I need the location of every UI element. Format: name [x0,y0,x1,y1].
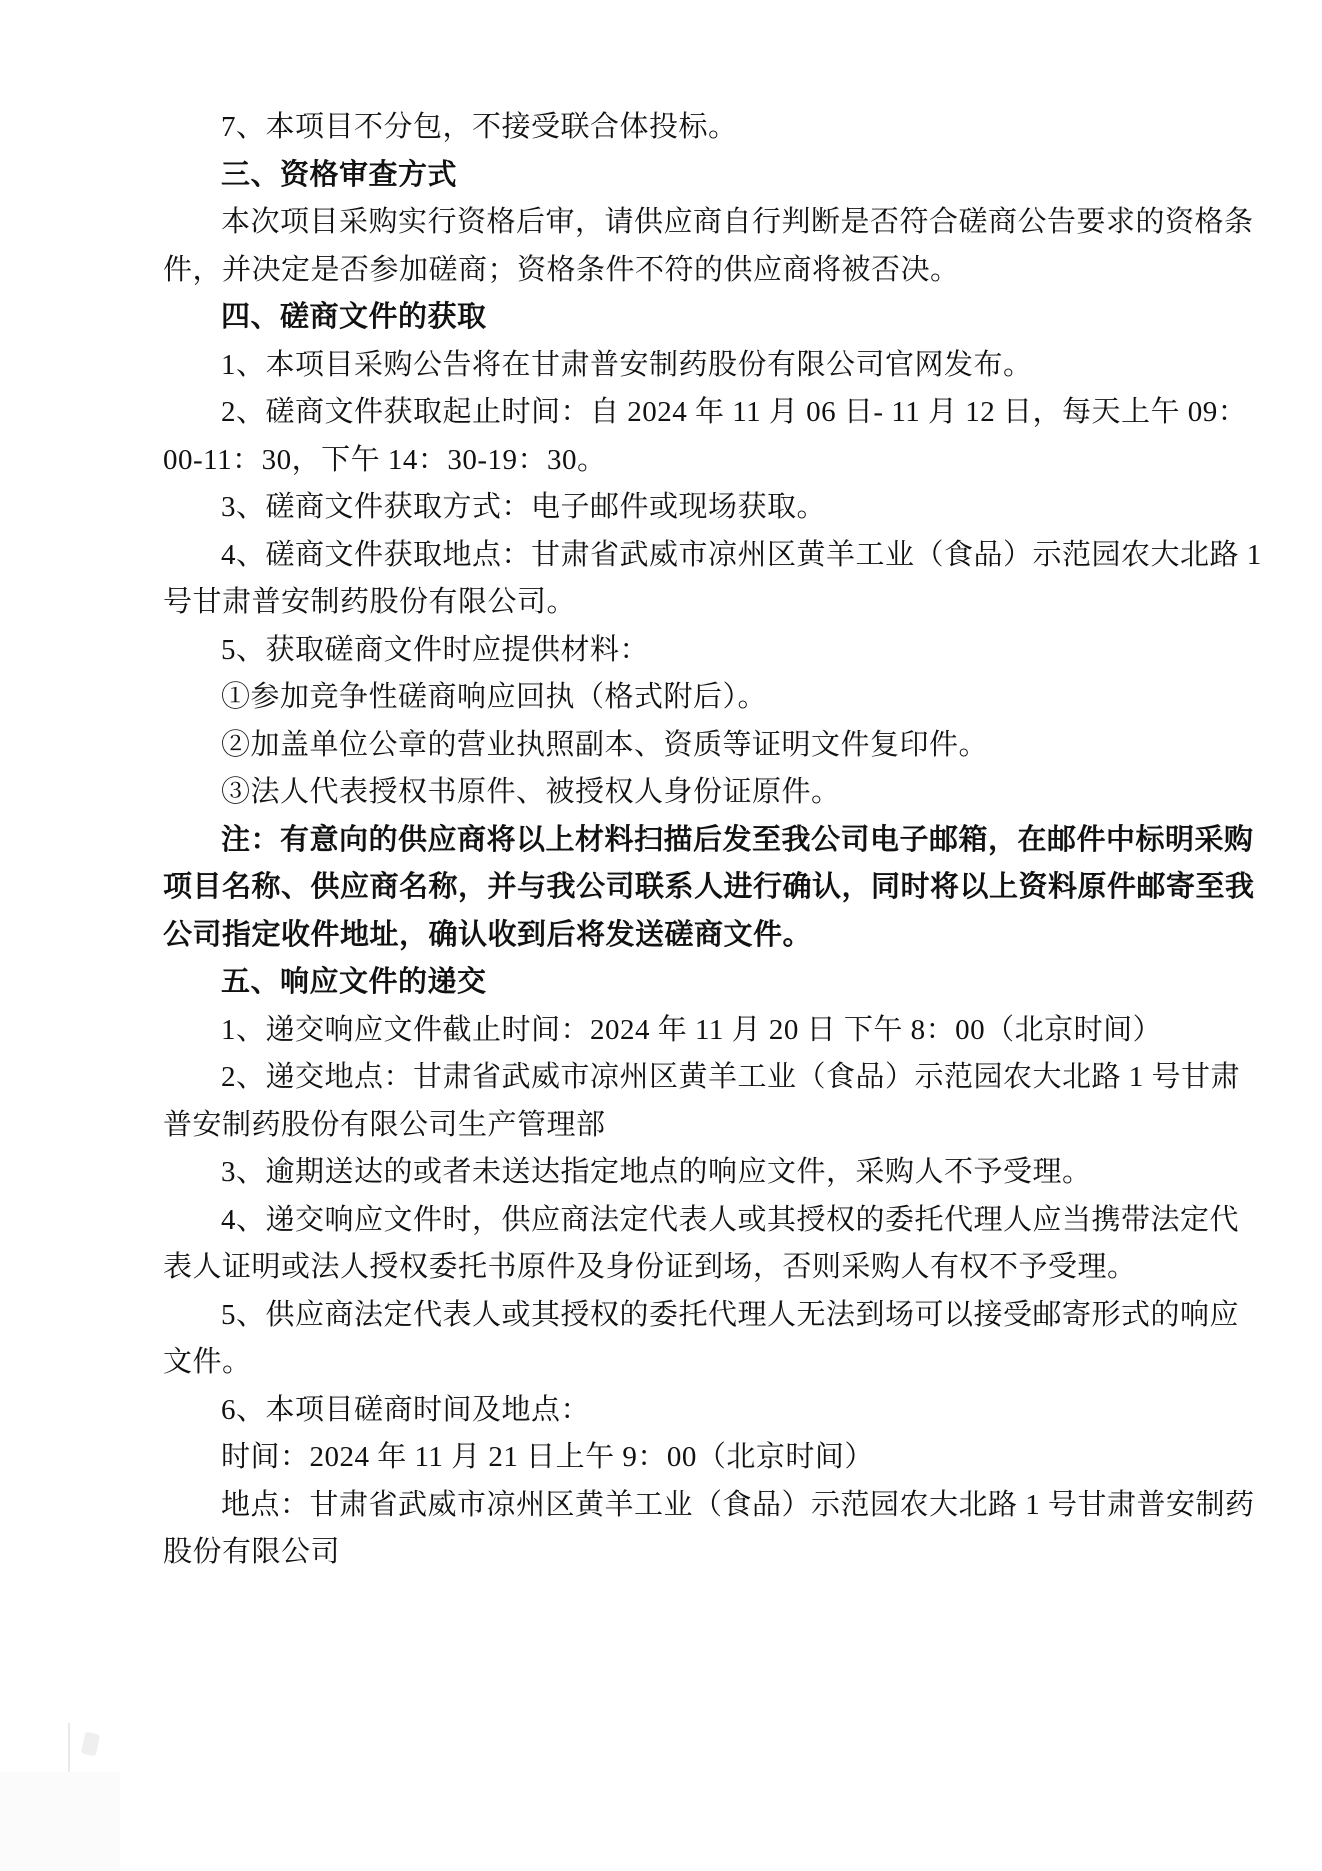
text-line: ①参加竞争性磋商响应回执（格式附后）。 [163,674,1273,722]
text-line: ③法人代表授权书原件、被授权人身份证原件。 [163,769,1273,817]
text-line: 件，并决定是否参加磋商；资格条件不符的供应商将被否决。 [163,247,1273,295]
text-line: 1、递交响应文件截止时间：2024 年 11 月 20 日 下午 8：00（北京… [163,1007,1273,1055]
scan-line-mark [68,1723,70,1773]
text-line: 号甘肃普安制药股份有限公司。 [163,579,1273,627]
text-line: 表人证明或法人授权委托书原件及身份证到场，否则采购人有权不予受理。 [163,1244,1273,1292]
document-page: 7、本项目不分包，不接受联合体投标。三、资格审查方式本次项目采购实行资格后审，请… [0,0,1322,1871]
text-line: 2、磋商文件获取起止时间：自 2024 年 11 月 06 日- 11 月 12… [163,389,1273,437]
text-line: 4、递交响应文件时，供应商法定代表人或其授权的委托代理人应当携带法定代 [163,1197,1273,1245]
text-line: 5、供应商法定代表人或其授权的委托代理人无法到场可以接受邮寄形式的响应 [163,1292,1273,1340]
text-line: 3、磋商文件获取方式：电子邮件或现场获取。 [163,484,1273,532]
text-line: 本次项目采购实行资格后审，请供应商自行判断是否符合磋商公告要求的资格条 [163,199,1273,247]
text-line: 时间：2024 年 11 月 21 日上午 9：00（北京时间） [163,1434,1273,1482]
text-line: 三、资格审查方式 [163,152,1273,200]
text-line: 6、本项目磋商时间及地点： [163,1387,1273,1435]
text-line: 地点：甘肃省武威市凉州区黄羊工业（食品）示范园农大北路 1 号甘肃普安制药 [163,1482,1273,1530]
text-line: 1、本项目采购公告将在甘肃普安制药股份有限公司官网发布。 [163,342,1273,390]
text-line: 四、磋商文件的获取 [163,294,1273,342]
text-line: 普安制药股份有限公司生产管理部 [163,1102,1273,1150]
text-line: 公司指定收件地址，确认收到后将发送磋商文件。 [163,912,1273,960]
text-line: 股份有限公司 [163,1529,1273,1577]
page-content: 7、本项目不分包，不接受联合体投标。三、资格审查方式本次项目采购实行资格后审，请… [163,104,1273,1577]
text-line: 3、逾期送达的或者未送达指定地点的响应文件，采购人不予受理。 [163,1149,1273,1197]
scan-artifact [0,1718,120,1871]
text-line: 项目名称、供应商名称，并与我公司联系人进行确认，同时将以上资料原件邮寄至我 [163,864,1273,912]
text-line: 7、本项目不分包，不接受联合体投标。 [163,104,1273,152]
text-line: 文件。 [163,1339,1273,1387]
text-line: 4、磋商文件获取地点：甘肃省武威市凉州区黄羊工业（食品）示范园农大北路 1 [163,532,1273,580]
text-line: 五、响应文件的递交 [163,959,1273,1007]
text-line: 5、获取磋商文件时应提供材料： [163,627,1273,675]
scan-smudge-mark [81,1732,100,1757]
text-line: 00-11：30，下午 14：30-19：30。 [163,437,1273,485]
text-line: ②加盖单位公章的营业执照副本、资质等证明文件复印件。 [163,722,1273,770]
scan-shade-area [0,1772,120,1871]
text-line: 2、递交地点：甘肃省武威市凉州区黄羊工业（食品）示范园农大北路 1 号甘肃 [163,1054,1273,1102]
text-line: 注：有意向的供应商将以上材料扫描后发至我公司电子邮箱，在邮件中标明采购 [163,817,1273,865]
